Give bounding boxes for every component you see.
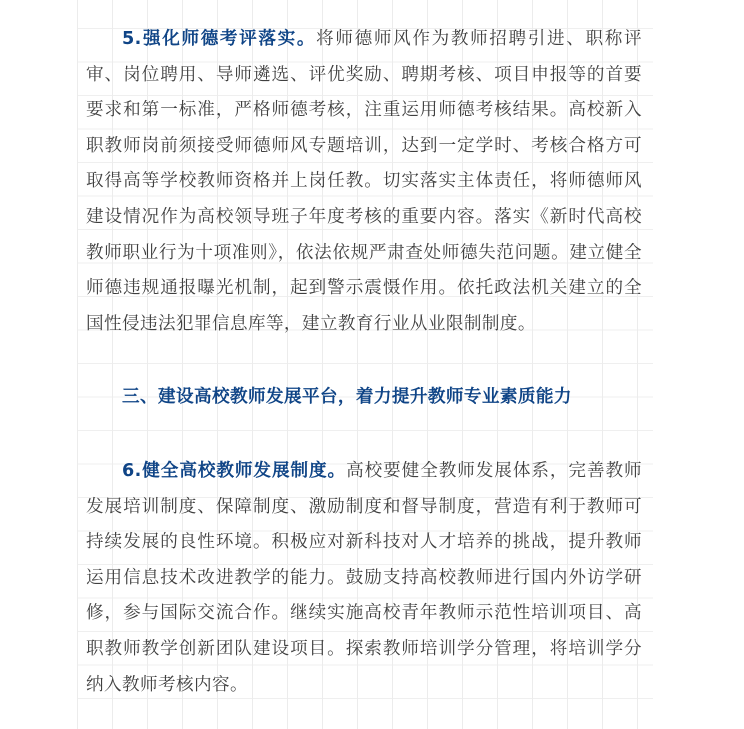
article-content: 5.强化师德考评落实。将师德师风作为教师招聘引进、职称评审、岗位聘用、导师遴选、… bbox=[86, 22, 642, 703]
paragraph-5-body: 将师德师风作为教师招聘引进、职称评审、岗位聘用、导师遴选、评优奖励、聘期考核、项… bbox=[86, 29, 642, 334]
paragraph-5-lead: 5.强化师德考评落实。 bbox=[122, 29, 316, 49]
paragraph-5: 5.强化师德考评落实。将师德师风作为教师招聘引进、职称评审、岗位聘用、导师遴选、… bbox=[86, 22, 642, 342]
paragraph-6-lead: 6.健全高校教师发展制度。 bbox=[122, 461, 346, 481]
paragraph-6-body: 高校要健全教师发展体系，完善教师发展培训制度、保障制度、激励制度和督导制度，营造… bbox=[86, 461, 642, 695]
section-heading: 三、建设高校教师发展平台，着力提升教师专业素质能力 bbox=[86, 380, 642, 416]
article-page: 5.强化师德考评落实。将师德师风作为教师招聘引进、职称评审、岗位聘用、导师遴选、… bbox=[77, 0, 653, 729]
paragraph-6: 6.健全高校教师发展制度。高校要健全教师发展体系，完善教师发展培训制度、保障制度… bbox=[86, 454, 642, 703]
